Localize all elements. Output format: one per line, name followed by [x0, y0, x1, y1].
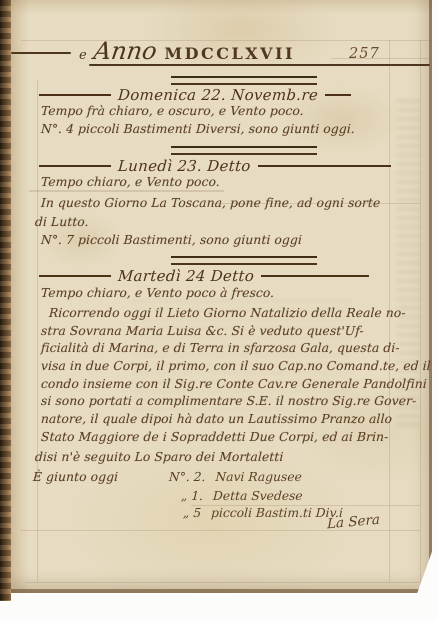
- page-number: 257: [349, 46, 380, 62]
- arrivals-intro: È giunto oggi: [33, 470, 119, 484]
- arrival-desc: Navi Ragusee: [215, 470, 302, 484]
- date-rule-left: [39, 275, 111, 277]
- date-rule-right: [258, 165, 391, 167]
- manuscript-page: e Anno MDCCLXVII 257 Domenica 22. Novemb…: [11, 0, 432, 593]
- arrival-qty: „ 5: [183, 506, 202, 520]
- arrival-desc: Detta Svedese: [213, 489, 303, 503]
- entry-line: Stato Maggiore de i Sopraddetti Due Corp…: [41, 430, 389, 444]
- guide-line-left: [37, 80, 38, 582]
- guide-line-bottom: [25, 582, 420, 583]
- entry-line: Ricorrendo oggi il Lieto Giorno Natalizi…: [49, 306, 406, 320]
- arrival-row: „ 5 piccoli Bastim.ti Div.i: [183, 506, 344, 520]
- entry-date: Martedì 24 Detto: [110, 267, 261, 285]
- guide-line-lower-2: [21, 530, 420, 531]
- separator-double-rule: [171, 76, 317, 85]
- arrival-row: N°. 2. Navi Ragusee: [169, 470, 303, 484]
- entry-date: Lunedì 23. Detto: [110, 157, 258, 175]
- arrival-desc: piccoli Bastim.ti Div.i: [211, 506, 344, 520]
- scan-background: e Anno MDCCLXVII 257 Domenica 22. Novemb…: [0, 0, 438, 620]
- book-binding-edge: [0, 0, 11, 601]
- separator-double-rule: [171, 256, 317, 265]
- entry-line: N°. 7 piccoli Bastimenti, sono giunti og…: [41, 233, 303, 247]
- entry-line: Tempo chiaro, e Vento poco à fresco.: [41, 286, 275, 300]
- header-title-numerals: MDCCLXVII: [164, 44, 295, 63]
- arrival-qty: „ 1.: [181, 489, 204, 503]
- header-bottom-rule: [89, 64, 430, 66]
- header-left-rule: [11, 52, 71, 54]
- entry-line: N°. 4 piccoli Bastimenti Diversi, sono g…: [41, 122, 356, 136]
- entry-line: disi n'è seguito Lo Sparo dei Mortaletti: [35, 450, 284, 464]
- entry-line: visa in due Corpi, il primo, con il suo …: [41, 359, 438, 373]
- entry-line: condo insieme con il Sig.re Conte Cav.re…: [41, 377, 428, 391]
- entry-line: ficialità di Marina, e di Terra in sfarz…: [41, 341, 400, 355]
- entry-line: Tempo frà chiaro, e oscuro, e Vento poco…: [41, 104, 304, 118]
- entry-date-row: Domenica 22. Novemb.re: [39, 87, 351, 103]
- entry-date-row: Martedì 24 Detto: [39, 268, 369, 284]
- guide-line-right-outer: [420, 40, 421, 582]
- entry-line: natore, il quale dipoi hà dato un Lautis…: [41, 412, 393, 426]
- entry-line: Tempo chiaro, e Vento poco.: [41, 175, 221, 189]
- header-title-script: Anno: [92, 40, 158, 62]
- header-flourish: e: [79, 48, 87, 63]
- separator-double-rule: [171, 146, 317, 155]
- date-rule-left: [39, 94, 111, 96]
- page-header: e Anno MDCCLXVII: [79, 40, 295, 63]
- entry-line: si sono portati a complimentare S.E. il …: [41, 394, 417, 408]
- entry-date-row: Lunedì 23. Detto: [39, 158, 391, 174]
- arrival-row: „ 1. Detta Svedese: [181, 489, 303, 503]
- arrival-qty: N°. 2.: [169, 470, 206, 484]
- page-number-underline-guide: [331, 58, 429, 59]
- date-rule-right: [325, 94, 351, 96]
- date-rule-right: [261, 275, 369, 277]
- date-rule-left: [39, 165, 111, 167]
- entry-line: di Lutto.: [35, 215, 89, 229]
- entry-line: In questo Giorno La Toscana, pone fine, …: [41, 196, 381, 210]
- entry-line: stra Sovrana Maria Luisa &c. Si è veduto…: [41, 324, 364, 338]
- entry-date: Domenica 22. Novemb.re: [110, 86, 325, 104]
- faded-underline: [29, 190, 224, 192]
